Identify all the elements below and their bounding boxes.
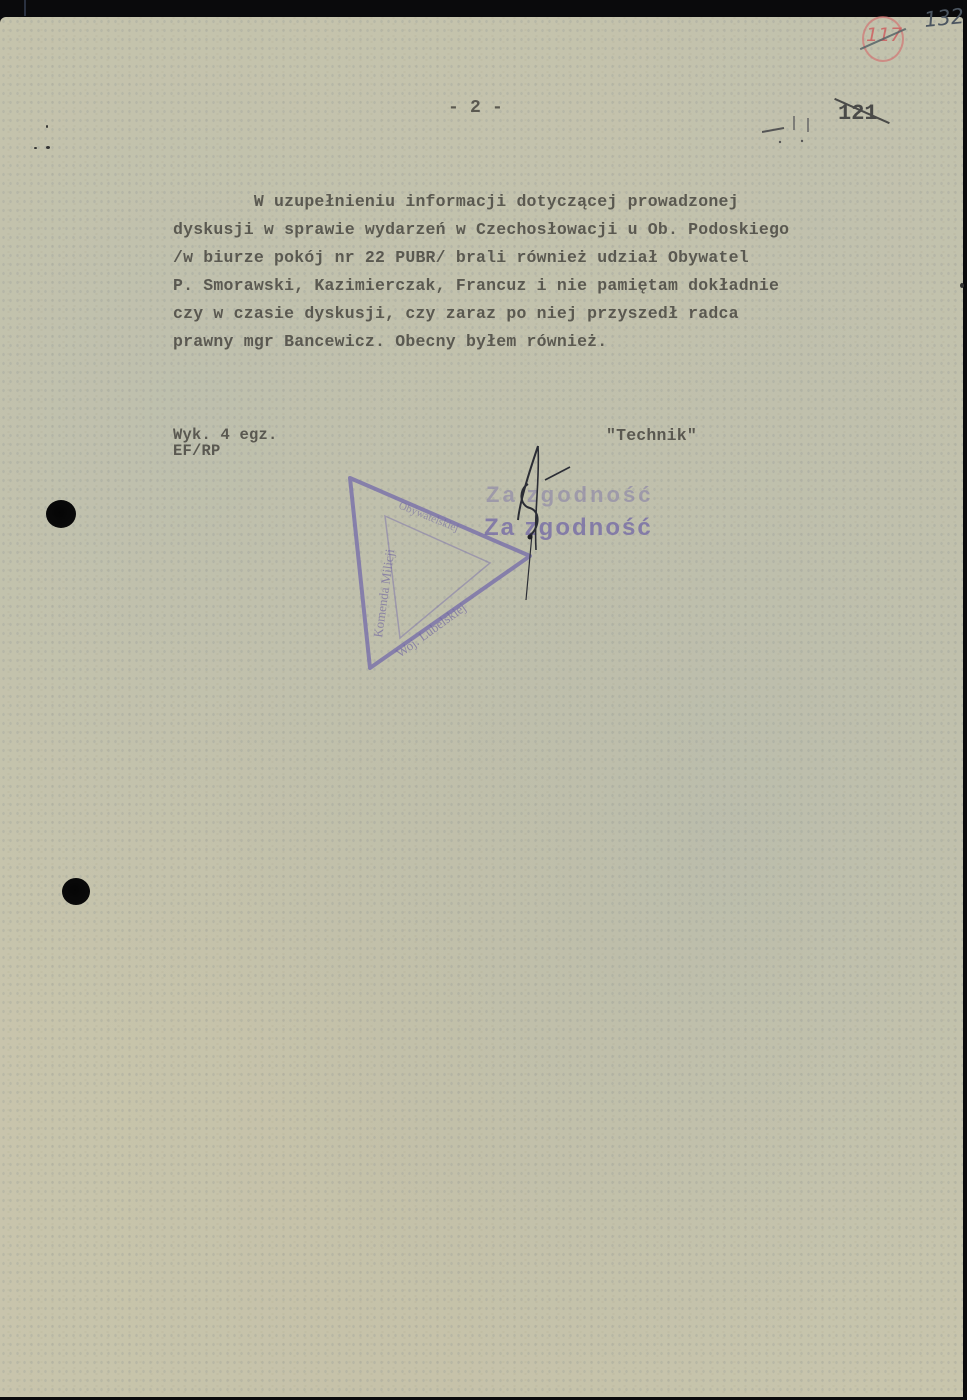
body-line: dyskusji w sprawie wydarzeń w Czechosłow…	[173, 220, 789, 239]
stamp-text-bottom: Woj. Lubelskiej	[393, 600, 469, 661]
handwritten-signature	[490, 440, 580, 610]
body-line: /w biurze pokój nr 22 PUBR/ brali równie…	[173, 248, 749, 267]
body-line: czy w czasie dyskusji, czy zaraz po niej…	[173, 304, 739, 323]
page-number: - 2 -	[448, 98, 503, 118]
punch-hole	[62, 878, 90, 905]
body-line: P. Smorawski, Kazimierczak, Francuz i ni…	[173, 276, 779, 295]
paper-speck	[46, 146, 50, 149]
paper-speck	[34, 147, 37, 149]
pencil-marks	[762, 108, 832, 148]
folio-number-pencil: 132	[923, 4, 965, 32]
scan-artifact	[24, 0, 26, 16]
stamp-text-top: Obywatelskiej	[397, 500, 460, 535]
body-line: W uzupełnieniu informacji dotyczącej pro…	[173, 192, 739, 211]
stamp-text-left: Komenda Milicji	[370, 548, 397, 639]
paper-speck	[960, 283, 964, 288]
typist-initials: EF/RP	[173, 442, 221, 460]
paper-speck	[46, 125, 48, 128]
scanner-edge	[963, 0, 967, 1400]
informant-pseudonym: "Technik"	[606, 426, 697, 445]
body-line: prawny mgr Bancewicz. Obecny byłem równi…	[173, 332, 607, 351]
punch-hole	[46, 500, 76, 528]
